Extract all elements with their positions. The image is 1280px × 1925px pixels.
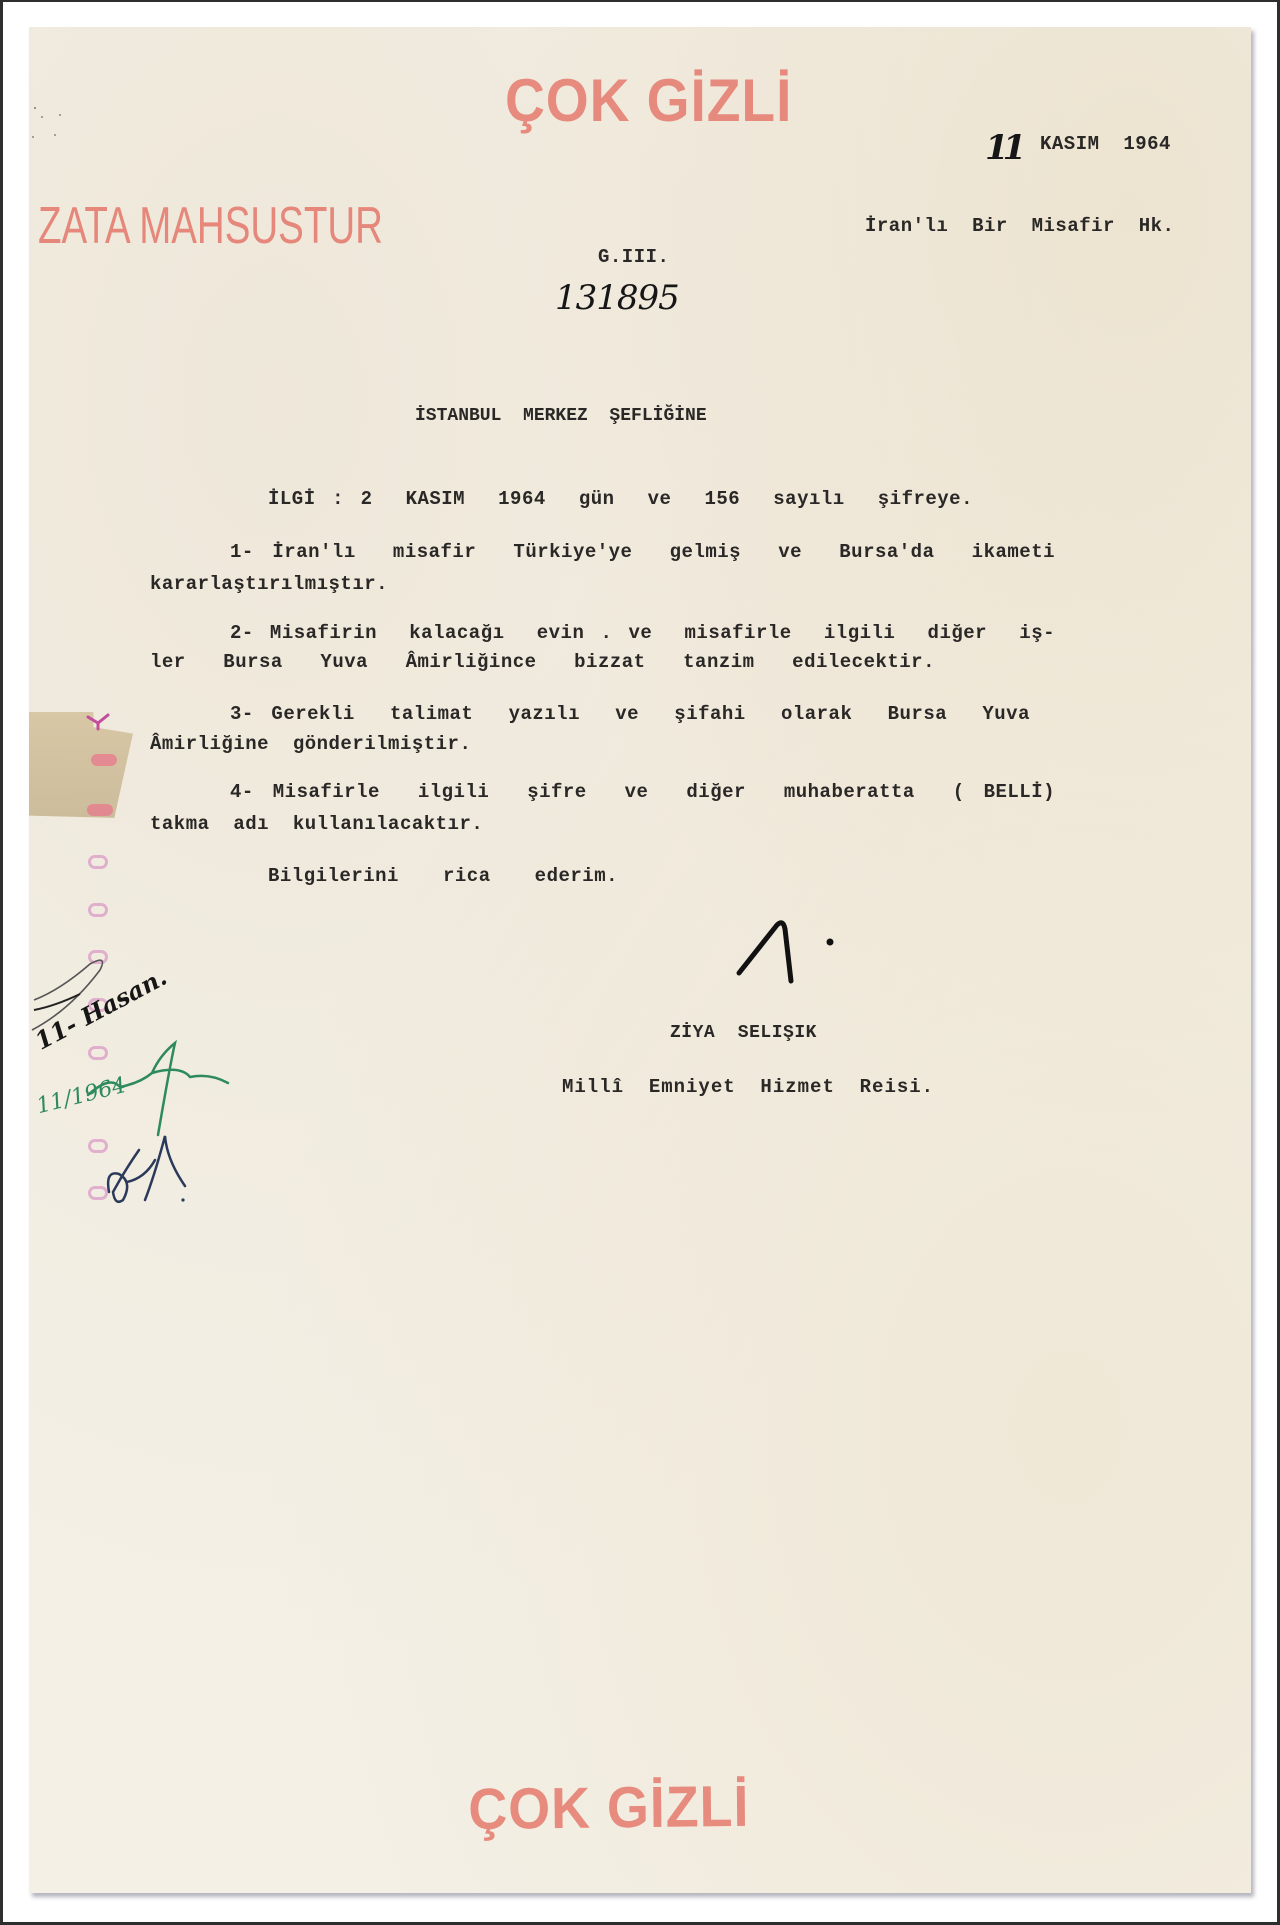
date-month-year: KASIM 1964 (1040, 133, 1171, 155)
paragraph-2-line-2: ler Bursa Yuva Âmirliğince bizzat tanzim… (150, 651, 935, 673)
paragraph-1-line-1: 1- İran'lı misafir Türkiye'ye gelmiş ve … (230, 541, 1055, 563)
blue-initials (105, 1130, 195, 1210)
green-initials-stroke (80, 1025, 230, 1145)
reference-code: G.III. (598, 246, 669, 268)
punch-hole (88, 855, 108, 869)
paragraph-4-line-1: 4- Misafirle ilgili şifre ve diğer muhab… (230, 781, 1055, 803)
signature-mark (735, 915, 845, 995)
punch-hole (88, 903, 108, 917)
classification-stamp-bottom: ÇOK GİZLİ (468, 1773, 750, 1843)
paragraph-3-line-2: Âmirliğine gönderilmiştir. (150, 733, 1055, 755)
paragraph-2-line-1: 2- Misafirin kalacağı evin . ve misafirl… (230, 622, 1055, 644)
signatory-name: ZİYA SELIŞIK (670, 1023, 817, 1043)
reference-number-handwritten: 131895 (555, 278, 679, 318)
tape-stain (87, 804, 113, 816)
signatory-title: Millî Emniyet Hizmet Reisi. (562, 1076, 934, 1098)
reference-line: İLGİ : 2 KASIM 1964 gün ve 156 sayılı şi… (268, 488, 973, 510)
closing-line: Bilgilerini rica ederim. (268, 865, 618, 887)
restriction-stamp: ZATA MAHSUSTUR (38, 196, 383, 256)
paragraph-4-line-2: takma adı kullanılacaktır. (150, 813, 1055, 835)
date-day-handwritten: 11 (985, 128, 1020, 168)
tape-stain (91, 754, 117, 766)
classification-stamp-top: ÇOK GİZLİ (505, 66, 792, 135)
subject-line: İran'lı Bir Misafir Hk. (865, 215, 1174, 237)
paragraph-1-line-2: kararlaştırılmıştır. (150, 573, 1055, 595)
ink-specks (30, 105, 70, 145)
punch-mark-top (86, 711, 116, 731)
paragraph-3-line-1: 3- Gerekli talimat yazılı ve şifahi olar… (230, 703, 1030, 725)
addressee: İSTANBUL MERKEZ ŞEFLİĞİNE (415, 406, 707, 426)
